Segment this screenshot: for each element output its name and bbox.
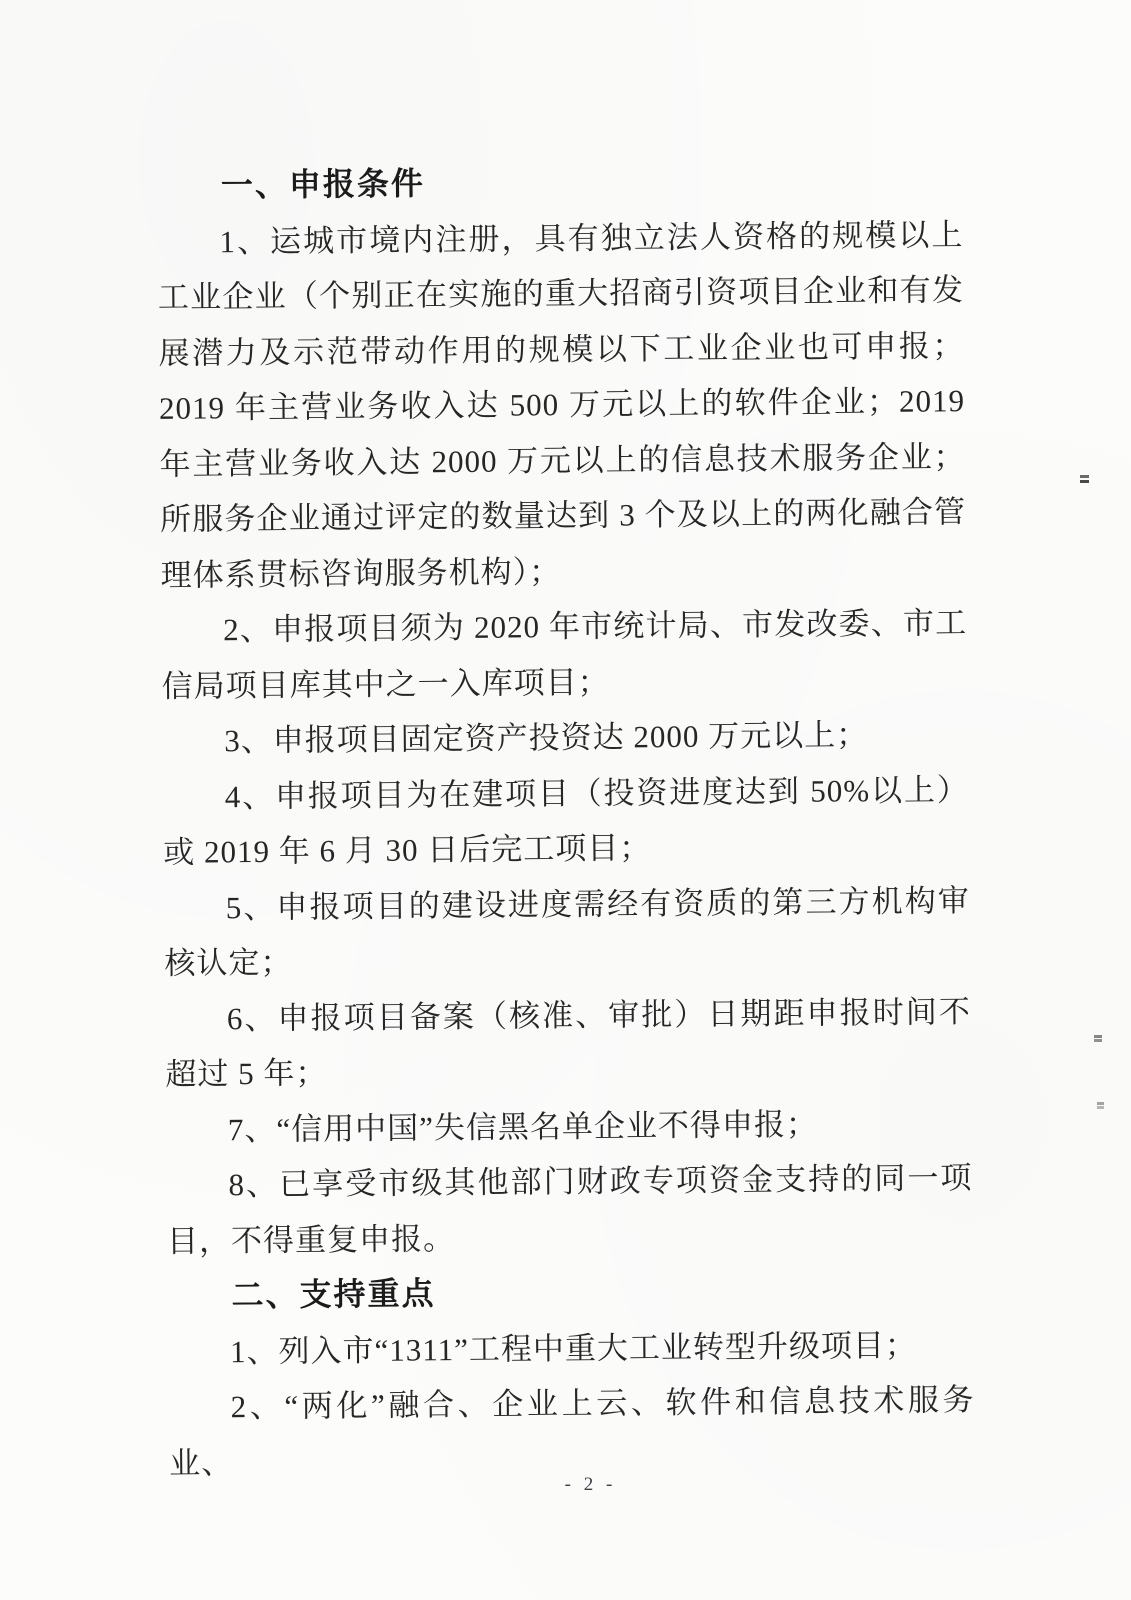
page-number: - 2 - — [0, 1474, 1131, 1496]
section-heading-support-priorities: 二、支持重点 — [167, 1261, 973, 1324]
condition-item-1: 1、运城市境内注册，具有独立法人资格的规模以上工业企业（个别正在实施的重大招商引… — [157, 207, 967, 603]
scan-artifact — [1080, 475, 1089, 478]
condition-item-6: 6、申报项目备案（核准、审批）日期距申报时间不超过 5 年； — [165, 984, 972, 1103]
condition-item-2: 2、申报项目须为 2020 年市统计局、市发改委、市工信局项目库其中之一入库项目… — [161, 595, 968, 714]
scan-artifact — [1094, 1035, 1102, 1038]
scanned-document-page: 一、申报条件 1、运城市境内注册，具有独立法人资格的规模以上工业企业（个别正在实… — [0, 0, 1131, 1600]
document-content: 一、申报条件 1、运城市境内注册，具有独立法人资格的规模以上工业企业（个别正在实… — [157, 151, 976, 1491]
scan-artifact — [1097, 1102, 1104, 1105]
condition-item-3: 3、申报项目固定资产投资达 2000 万元以上； — [162, 706, 968, 769]
condition-item-8: 8、已享受市级其他部门财政专项资金支持的同一项目，不得重复申报。 — [166, 1150, 973, 1269]
condition-item-4: 4、申报项目为在建项目（投资进度达到 50%以上）或 2019 年 6 月 30… — [162, 762, 969, 881]
priority-item-1: 1、列入市“1311”工程中重大工业转型升级项目； — [168, 1317, 974, 1380]
condition-item-7: 7、“信用中国”失信黑名单企业不得申报； — [166, 1095, 972, 1158]
condition-item-5: 5、申报项目的建设进度需经有资质的第三方机构审核认定； — [164, 873, 971, 992]
section-heading-application-conditions: 一、申报条件 — [157, 151, 963, 214]
